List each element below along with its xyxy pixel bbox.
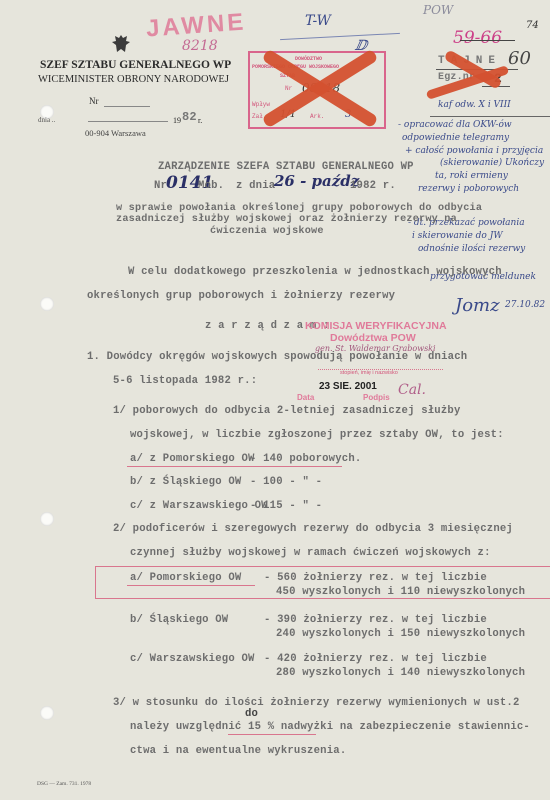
sub1-line: wojskowej, w liczbie zgłoszonej przez sz… xyxy=(130,429,504,441)
verification-stamp-subtitle: Dowództwa POW xyxy=(330,332,416,344)
subject-line: w sprawie powołania określonej grupy pob… xyxy=(116,203,482,214)
date-label: Data xyxy=(297,393,314,402)
point1-line: 1. Dowódcy okręgów wojskowych spowodują … xyxy=(87,351,467,363)
punch-hole xyxy=(40,297,54,311)
year-value: 82 xyxy=(182,110,197,124)
jawne-number: 8218 xyxy=(182,38,218,54)
sign-label: Podpis xyxy=(363,393,390,402)
year-suffix: r. xyxy=(198,116,202,125)
sub1-item-value: - 115 - " - xyxy=(250,500,322,512)
sub3-insert: do xyxy=(245,708,258,720)
page-range-strike xyxy=(460,40,515,41)
verification-stamp-title: KOMISJA WERYFIKACYJNA xyxy=(305,320,447,332)
punch-hole xyxy=(40,512,54,526)
print-code: DSG — Zam. 731. 1978 xyxy=(37,781,91,787)
handwritten-tw: T-W xyxy=(305,13,331,29)
sub2-item-label: a/ Pomorskiego OW xyxy=(130,572,241,584)
sub1-item-label: a/ z Pomorskiego OW xyxy=(130,453,255,465)
signature-date: 27.10.82 xyxy=(505,300,545,310)
sub1-item-value: - 140 poborowych. xyxy=(250,453,361,465)
nr-label: Nr xyxy=(89,96,99,106)
sub2-line: 2/ podoficerów i szeregowych rezerwy do … xyxy=(113,523,513,535)
margin-note: - opracować dla OKW-ów xyxy=(398,120,512,130)
eagle-emblem-icon xyxy=(110,33,132,55)
verification-date: 23 SIE. 2001 xyxy=(319,381,377,392)
sub1-line: 1/ poborowych do odbycia 2-letniej zasad… xyxy=(113,405,461,417)
sub2-item-label: c/ Warszawskiego OW xyxy=(130,653,255,665)
margin-note: odpowiednie telegramy xyxy=(402,133,509,143)
handwritten-initials: ⅅ xyxy=(355,38,367,54)
header-title: SZEF SZTABU GENERALNEGO WP xyxy=(40,59,231,71)
nr-line xyxy=(104,106,150,107)
date-suffix: 1982 r. xyxy=(350,180,396,192)
sub2-item-line: 280 wyszkolonych i 140 niewyszkolonych xyxy=(276,667,525,679)
sub2-item-line: 240 wyszkolonych i 150 niewyszkolonych xyxy=(276,628,525,640)
date-prefix: dnia .. xyxy=(38,116,55,124)
number-suffix: Mob. xyxy=(198,180,224,192)
page-range: 59-66 xyxy=(453,28,502,48)
margin-note: rezerwy i poborowych xyxy=(418,184,519,194)
handwritten-pow: POW xyxy=(423,3,453,17)
date-line xyxy=(88,121,168,122)
margin-note-top: kaf odw. X i VIII xyxy=(438,100,511,110)
date-prefix-text: z dnia xyxy=(236,180,275,192)
sub1-item-label: c/ z Warszawskiego OW xyxy=(130,500,268,512)
sub2-item-line: - 560 żołnierzy rez. w tej liczbie xyxy=(264,572,487,584)
sub3-line: 3/ w stosunku do ilości żołnierzy rezerw… xyxy=(113,697,520,709)
punch-hole xyxy=(40,706,54,720)
red-underline xyxy=(127,585,255,586)
margin-note: i skierowanie do JW xyxy=(412,231,503,241)
header-address: 00-904 Warszawa xyxy=(85,128,146,138)
year-prefix: 19 xyxy=(173,116,181,125)
handwritten-signature: Jomz xyxy=(455,295,500,316)
hand-number-60: 60 xyxy=(508,48,531,69)
tw-underline xyxy=(280,33,400,40)
verification-signature: Cal. xyxy=(398,382,426,398)
subject-line: zasadniczej służby wojskowej oraz żołnie… xyxy=(116,214,457,225)
sub2-item-line: 450 wyszkolonych i 110 niewyszkolonych xyxy=(276,586,525,598)
margin-note-rule xyxy=(430,116,550,117)
margin-note: ta, roki ermieny xyxy=(435,171,508,181)
sub3-line: należy uwzględnić 15 % nadwyżki na zabez… xyxy=(130,721,530,733)
point1-line: 5-6 listopada 1982 r.: xyxy=(113,375,257,387)
sub2-line: czynnej służby wojskowej w ramach ćwicze… xyxy=(130,547,491,559)
header-subtitle: WICEMINISTER OBRONY NARODOWEJ xyxy=(38,74,229,85)
sub2-item-label: b/ Śląskiego OW xyxy=(130,614,228,626)
corner-number: 74 xyxy=(526,20,539,31)
red-underline xyxy=(127,466,342,467)
intro-line: W celu dodatkowego przeszkolenia w jedno… xyxy=(128,266,502,278)
intro-line: określonych grup poborowych i żołnierzy … xyxy=(87,290,395,302)
sub1-item-label: b/ z Śląskiego OW xyxy=(130,476,241,488)
sub3-line: ctwa i na ewentualne wykruszenia. xyxy=(130,745,346,757)
document-page: SZEF SZTABU GENERALNEGO WP WICEMINISTER … xyxy=(0,0,550,800)
margin-note: + całość powołania i przyjęcia xyxy=(405,146,543,156)
sub2-item-line: - 420 żołnierzy rez. w tej liczbie xyxy=(264,653,487,665)
name-caption: stopień, imię i nazwisko xyxy=(340,370,398,376)
red-underline xyxy=(228,734,316,735)
sub1-item-value: - 100 - " - xyxy=(250,476,322,488)
document-date: 26 - paźdz xyxy=(274,172,359,190)
margin-note: (skierowanie) Ukończy xyxy=(440,158,544,168)
margin-note: odnośnie ilości rezerwy xyxy=(418,244,525,254)
sub2-item-line: - 390 żołnierzy rez. w tej liczbie xyxy=(264,614,487,626)
subject-line: ćwiczenia wojskowe xyxy=(210,226,324,237)
